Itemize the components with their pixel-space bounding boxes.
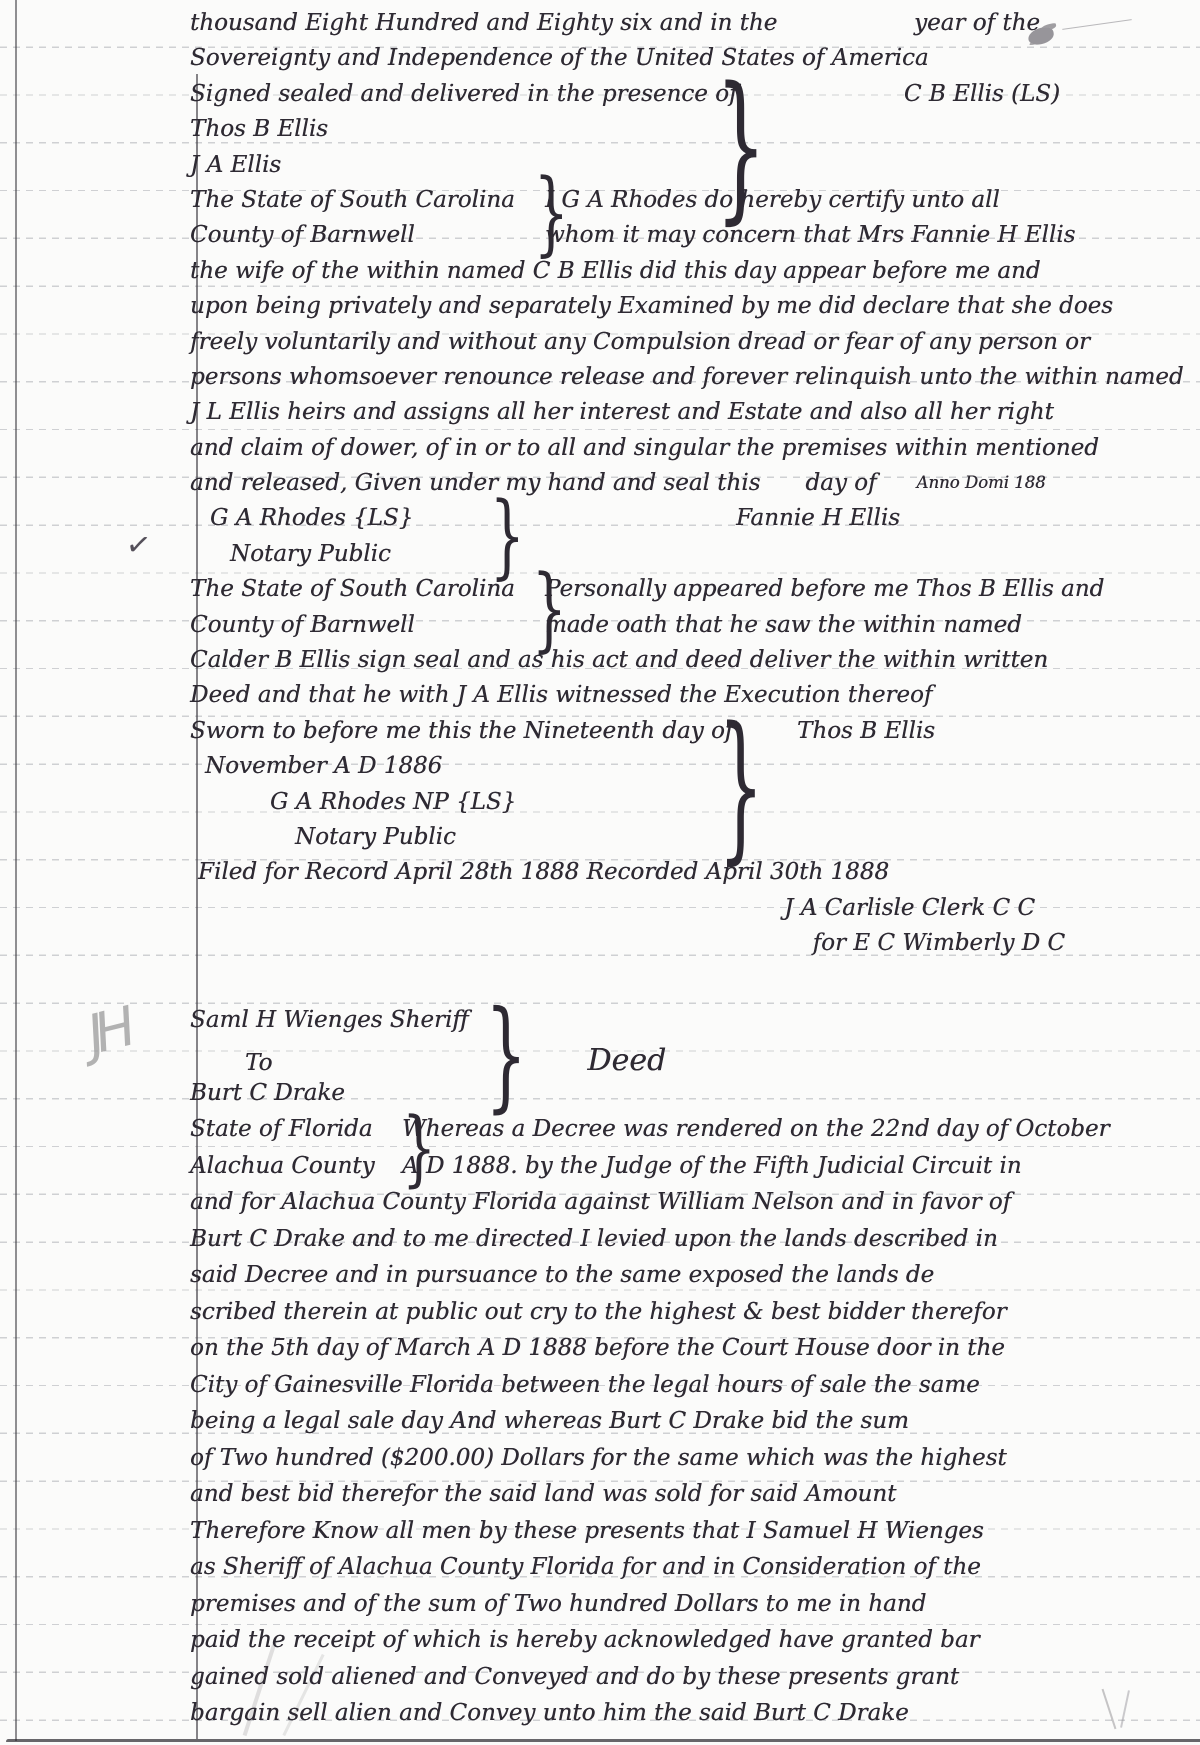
line-text: whom it may concern that Mrs Fannie H El… — [545, 222, 1075, 248]
line-text: freely voluntarily and without any Compu… — [190, 329, 1090, 355]
clerk-signature: J A Carlisle Clerk C C — [784, 895, 1035, 921]
handwritten-line: State of Florida Whereas a Decree was re… — [190, 1116, 1170, 1153]
handwritten-line: J L Ellis heirs and assigns all her inte… — [190, 399, 1170, 434]
handwritten-line: on the 5th day of March A D 1888 before … — [190, 1335, 1170, 1372]
handwritten-line: Calder B Ellis sign seal and as his act … — [190, 647, 1170, 682]
handwritten-line: The State of South Carolina Personally a… — [190, 576, 1170, 611]
signature-text: Fannie H Ellis — [736, 505, 900, 531]
signature-text: C B Ellis (LS) — [904, 81, 1060, 107]
signature-text: Thos B Ellis — [797, 718, 935, 744]
handwritten-line: the wife of the within named C B Ellis d… — [190, 258, 1170, 293]
handwritten-line: Therefore Know all men by these presents… — [190, 1518, 1170, 1555]
line-text: on the 5th day of March A D 1888 before … — [190, 1335, 1005, 1361]
line-text: Sovereignty and Independence of the Unit… — [190, 45, 929, 71]
handwritten-line: and claim of dower, of in or to all and … — [190, 435, 1170, 470]
handwritten-line: upon being privately and separately Exam… — [190, 293, 1170, 328]
line-text: Whereas a Decree was rendered on the 22n… — [402, 1116, 1110, 1142]
handwritten-line: as Sheriff of Alachua County Florida for… — [190, 1554, 1170, 1591]
line-text: of Two hundred ($200.00) Dollars for the… — [190, 1445, 1007, 1471]
handwritten-line: County of Barnwell whom it may concern t… — [190, 222, 1170, 257]
left-edge-line — [15, 0, 17, 1741]
line-text: City of Gainesville Florida between the … — [190, 1372, 980, 1398]
party-grantor: Saml H Wienges Sheriff — [190, 1007, 469, 1033]
notary-signature: G A Rhodes {LS} — [210, 505, 413, 531]
line-text: Calder B Ellis sign seal and as his act … — [190, 647, 1048, 673]
handwritten-line: for E C Wimberly D C — [190, 930, 1170, 965]
handwritten-line: Deed and that he with J A Ellis witnesse… — [190, 682, 1170, 717]
handwritten-line: Notary Public — [190, 824, 1170, 859]
handwritten-line: Notary Public — [190, 541, 1170, 576]
line-text: scribed therein at public out cry to the… — [190, 1299, 1007, 1325]
line-text: November A D 1886 — [205, 753, 442, 779]
jurisdiction-text: State of Florida — [190, 1116, 402, 1142]
handwritten-line: Saml H Wienges Sheriff — [190, 1007, 1170, 1044]
line-text: A D 1888. by the Judge of the Fifth Judi… — [402, 1153, 1022, 1179]
line-text: and released, Given under my hand and se… — [190, 470, 760, 496]
line-text: persons whomsoever renounce release and … — [190, 364, 1184, 390]
handwritten-line: City of Gainesville Florida between the … — [190, 1372, 1170, 1409]
party-grantee: Burt C Drake — [190, 1080, 345, 1106]
handwritten-line: premises and of the sum of Two hundred D… — [190, 1591, 1170, 1628]
jurisdiction-text: The State of South Carolina — [190, 187, 545, 213]
jurisdiction-text: County of Barnwell — [190, 612, 545, 638]
handwritten-line: County of Barnwell made oath that he saw… — [190, 612, 1170, 647]
notary-title: Notary Public — [230, 541, 391, 567]
handwritten-line: and best bid therefor the said land was … — [190, 1481, 1170, 1518]
handwritten-line: J A Carlisle Clerk C C — [190, 895, 1170, 930]
filing-record-text: Filed for Record April 28th 1888 Recorde… — [198, 859, 889, 885]
line-text: I G A Rhodes do hereby certify unto all — [545, 187, 1000, 213]
handwritten-line: thousand Eight Hundred and Eighty six an… — [190, 10, 1170, 45]
handwritten-line: G A Rhodes NP {LS} — [190, 789, 1170, 824]
handwritten-line: Burt C Drake and to me directed I levied… — [190, 1226, 1170, 1263]
witness-signature: Thos B Ellis — [190, 116, 328, 142]
handwritten-line: Sovereignty and Independence of the Unit… — [190, 45, 1170, 80]
line-text: made oath that he saw the within named — [545, 612, 1022, 638]
handwritten-line: Sworn to before me this the Nineteenth d… — [190, 718, 1170, 753]
line-text: gained sold aliened and Conveyed and do … — [190, 1664, 959, 1690]
handwritten-line: November A D 1886 — [190, 753, 1170, 788]
handwritten-line: Alachua County A D 1888. by the Judge of… — [190, 1153, 1170, 1190]
handwritten-line: bargain sell alien and Convey unto him t… — [190, 1700, 1170, 1737]
line-text: day of — [805, 470, 876, 496]
line-text: To — [245, 1050, 272, 1076]
line-text: and best bid therefor the said land was … — [190, 1481, 896, 1507]
handwritten-line: and for Alachua County Florida against W… — [190, 1189, 1170, 1226]
section-gap — [190, 966, 1170, 1007]
line-text: Personally appeared before me Thos B Ell… — [545, 576, 1104, 602]
deputy-clerk-signature: for E C Wimberly D C — [813, 930, 1065, 956]
line-text: premises and of the sum of Two hundred D… — [190, 1591, 926, 1617]
line-text: bargain sell alien and Convey unto him t… — [190, 1700, 909, 1726]
document-page: ✓ JH } } } } } } } thousand Eight Hundre… — [0, 0, 1200, 1745]
anno-domini-note: Anno Domi 188 — [917, 473, 1046, 492]
line-text: Sworn to before me this the Nineteenth d… — [190, 718, 733, 744]
instrument-title: Deed — [587, 1043, 666, 1078]
jurisdiction-text: Alachua County — [190, 1153, 402, 1179]
line-text: the wife of the within named C B Ellis d… — [190, 258, 1041, 284]
line-text: as Sheriff of Alachua County Florida for… — [190, 1554, 981, 1580]
margin-pencil-initials: JH — [81, 996, 134, 1066]
handwritten-line: scribed therein at public out cry to the… — [190, 1299, 1170, 1336]
line-text: paid the receipt of which is hereby ackn… — [190, 1627, 980, 1653]
line-text: J L Ellis heirs and assigns all her inte… — [190, 399, 1054, 425]
handwritten-line: Thos B Ellis — [190, 116, 1170, 151]
document-text: thousand Eight Hundred and Eighty six an… — [190, 10, 1170, 1737]
handwritten-line: said Decree and in pursuance to the same… — [190, 1262, 1170, 1299]
handwritten-line: and released, Given under my hand and se… — [190, 470, 1170, 505]
handwritten-line: G A Rhodes {LS} Fannie H Ellis — [190, 505, 1170, 540]
witness-signature: J A Ellis — [190, 152, 281, 178]
handwritten-line: Burt C Drake — [190, 1080, 1170, 1117]
line-text: and for Alachua County Florida against W… — [190, 1189, 1011, 1215]
line-text: Deed and that he with J A Ellis witnesse… — [190, 682, 932, 708]
handwritten-line: Signed sealed and delivered in the prese… — [190, 81, 1170, 116]
line-text: Therefore Know all men by these presents… — [190, 1518, 984, 1544]
line-text: upon being privately and separately Exam… — [190, 293, 1113, 319]
handwritten-line: freely voluntarily and without any Compu… — [190, 329, 1170, 364]
margin-checkmark: ✓ — [124, 526, 154, 564]
handwritten-line: To Deed — [190, 1043, 1170, 1080]
line-text: said Decree and in pursuance to the same… — [190, 1262, 934, 1288]
line-text: year of the — [914, 10, 1040, 36]
handwritten-line: of Two hundred ($200.00) Dollars for the… — [190, 1445, 1170, 1482]
jurisdiction-text: County of Barnwell — [190, 222, 545, 248]
line-text: Burt C Drake and to me directed I levied… — [190, 1226, 998, 1252]
line-text: and claim of dower, of in or to all and … — [190, 435, 1099, 461]
jurisdiction-text: The State of South Carolina — [190, 576, 545, 602]
line-text: Signed sealed and delivered in the prese… — [190, 81, 737, 107]
line-text: thousand Eight Hundred and Eighty six an… — [190, 10, 777, 36]
notary-signature: G A Rhodes NP {LS} — [270, 789, 516, 815]
handwritten-line: gained sold aliened and Conveyed and do … — [190, 1664, 1170, 1701]
bottom-edge-line — [6, 1739, 1200, 1742]
line-text: being a legal sale day And whereas Burt … — [190, 1408, 909, 1434]
handwritten-line: The State of South Carolina I G A Rhodes… — [190, 187, 1170, 222]
handwritten-line: persons whomsoever renounce release and … — [190, 364, 1170, 399]
handwritten-line: being a legal sale day And whereas Burt … — [190, 1408, 1170, 1445]
handwritten-line: J A Ellis — [190, 152, 1170, 187]
notary-title: Notary Public — [295, 824, 456, 850]
handwritten-line: paid the receipt of which is hereby ackn… — [190, 1627, 1170, 1664]
handwritten-line: Filed for Record April 28th 1888 Recorde… — [190, 859, 1170, 894]
